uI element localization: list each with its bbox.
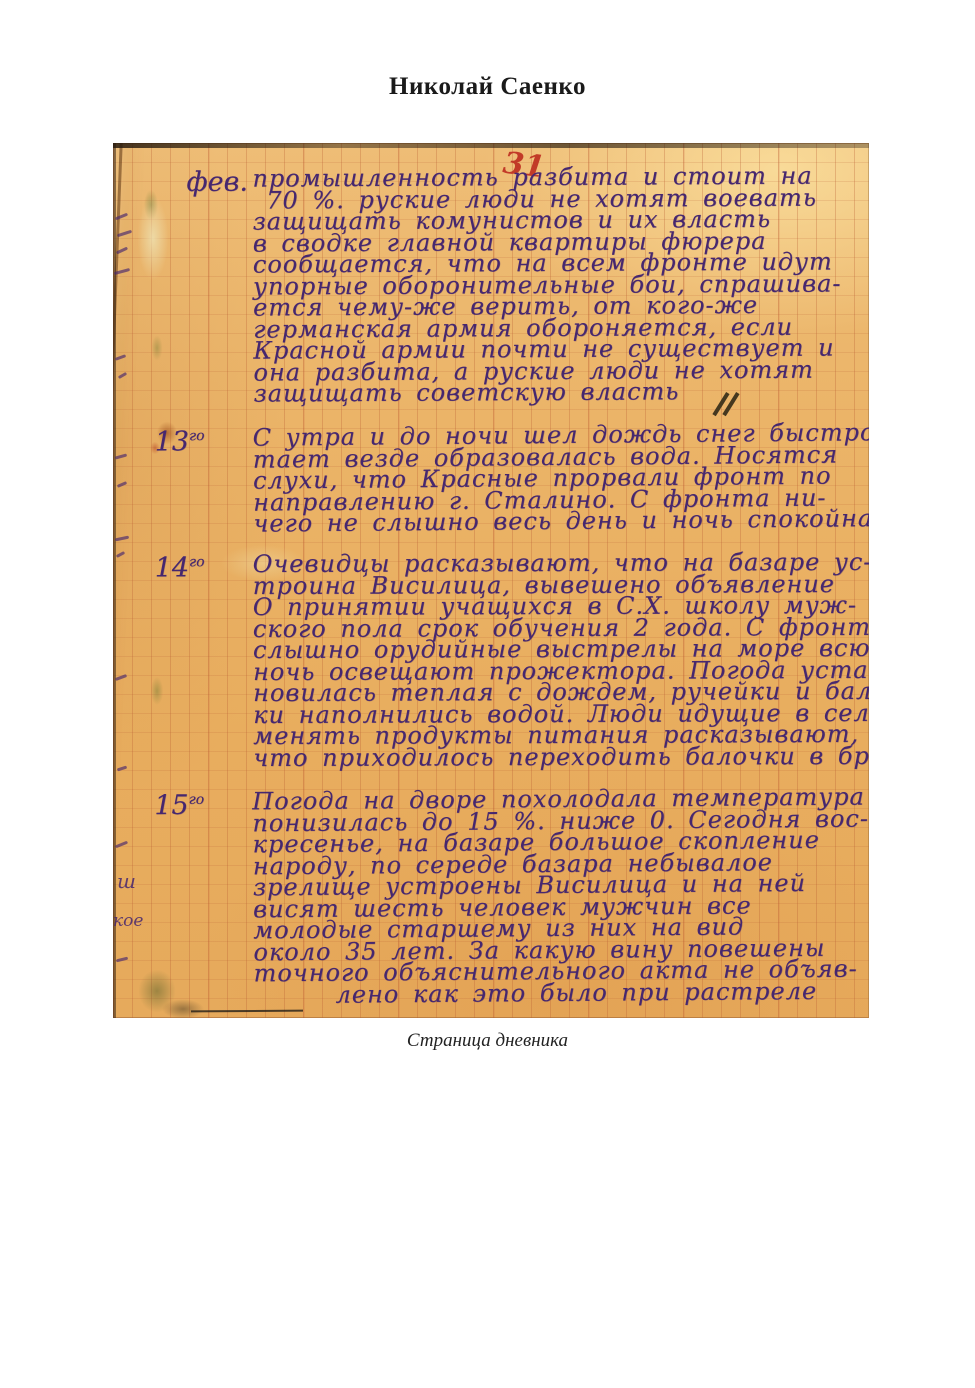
diary-entry: 13гоС утра и до ночи шел дождь снег быст… (253, 422, 860, 535)
handwriting-line: лено как это было при растреле (254, 980, 860, 1006)
handwriting-line: что приходилось переходить балочки в бро… (253, 745, 859, 769)
diary-scan-image: ш кое 31 фев.промышленность разбита и ст… (113, 143, 869, 1018)
diary-entry: фев.промышленность разбита и стоит на 70… (252, 165, 859, 405)
page: { "page": { "title": "Николай Саенко", "… (0, 0, 975, 1388)
margin-scribble: ш (117, 869, 136, 893)
handwriting-line: чего не слышно весь день и ночь спокойна (253, 508, 859, 535)
handwriting-line: защищать советскую власть (254, 380, 860, 405)
double-slash-mark (713, 391, 743, 419)
entry-date-label: 13го (155, 426, 205, 457)
margin-scribble: кое (113, 911, 143, 931)
entry-date-label: фев. (186, 167, 248, 198)
image-caption: Страница дневника (0, 1030, 975, 1052)
diary-entry: 14гоОчевидцы расказывают, что на базаре … (253, 552, 860, 769)
diary-entry: 15гоПогода на дворе похолодала температу… (252, 787, 860, 1007)
entry-date-label: 15го (154, 790, 204, 821)
entry-date-label: 14го (155, 552, 205, 583)
scan-top-edge (113, 143, 869, 148)
page-title: Николай Саенко (0, 73, 975, 101)
diary-entries: фев.промышленность разбита и стоит на 70… (253, 167, 859, 1018)
